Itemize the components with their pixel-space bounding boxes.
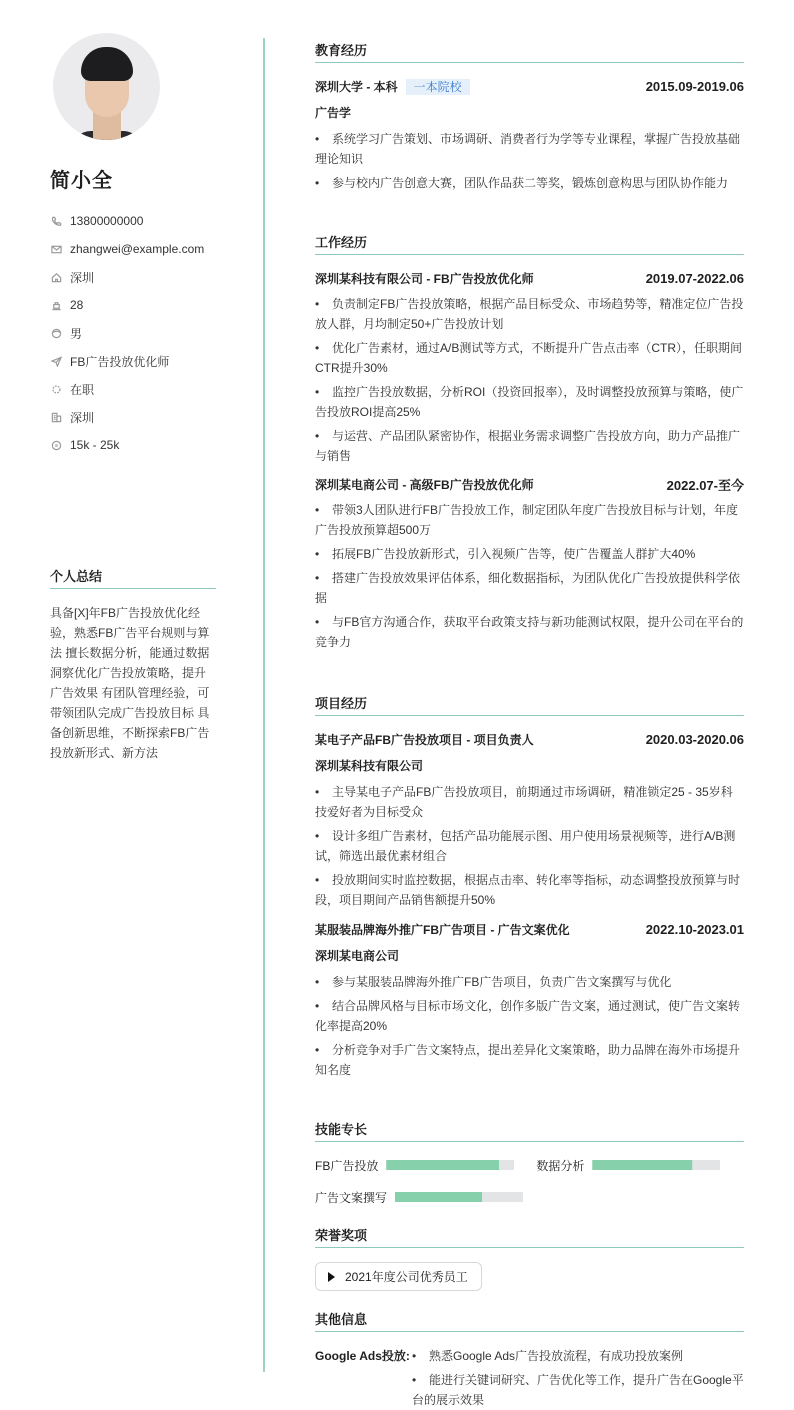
project-item-header: 某服装品牌海外推广FB广告项目 - 广告文案优化 2022.10-2023.01 — [315, 920, 744, 938]
project-title: 某电子产品FB广告投放项目 - 项目负责人 — [315, 731, 534, 748]
list-item: 主导某电子产品FB广告投放项目，前期通过市场调研，精准锁定25 - 35岁科技爱… — [315, 782, 744, 822]
section-title: 项目经历 — [315, 693, 744, 716]
skill-bar — [386, 1160, 514, 1170]
list-item: 与FB官方沟通合作，获取平台政策支持与新功能测试权限，提升公司在平台的竞争力 — [315, 612, 744, 652]
date-range: 2022.07-至今 — [667, 475, 744, 494]
list-item: 搭建广告投放效果评估体系，细化数据指标，为团队优化广告投放提供科学依据 — [315, 568, 744, 608]
list-item: 优化广告素材，通过A/B测试等方式，不断提升广告点击率（CTR），任职期间CTR… — [315, 338, 744, 378]
info-city: 深圳 — [50, 403, 230, 431]
project-company: 深圳某科技有限公司 — [315, 757, 744, 774]
project-title: 某服装品牌海外推广FB广告项目 - 广告文案优化 — [315, 921, 570, 938]
avatar — [53, 33, 160, 140]
list-item: 能进行关键词研究、广告优化等工作，提升广告在Google平台的展示效果 — [412, 1370, 744, 1410]
skill-data-analysis: 数据分析 — [536, 1157, 720, 1174]
other-label: Google Ads投放: — [315, 1346, 418, 1410]
major: 广告学 — [315, 104, 744, 121]
skill-fb-ads: FB广告投放 — [315, 1157, 514, 1174]
list-item: 分析竞争对手广告文案特点，提出差异化文案策略，助力品牌在海外市场提升知名度 — [315, 1040, 744, 1080]
summary-section: 个人总结 具备[X]年FB广告投放优化经验，熟悉FB广告平台规则与算法 擅长数据… — [50, 566, 216, 763]
project-item-header: 某电子产品FB广告投放项目 - 项目负责人 2020.03-2020.06 — [315, 730, 744, 748]
section-title: 教育经历 — [315, 40, 744, 63]
list-item: 参与校内广告创意大赛，团队作品获二等奖，锻炼创意构思与团队协作能力 — [315, 173, 744, 193]
send-icon — [50, 355, 62, 367]
list-item: 与运营、产品团队紧密协作，根据业务需求调整广告投放方向，助力产品推广与销售 — [315, 426, 744, 466]
list-item: 结合品牌风格与目标市场文化，创作多版广告文案，通过测试，使广告文案转化率提高20… — [315, 996, 744, 1036]
skill-copywriting: 广告文案撰写 — [315, 1189, 523, 1206]
skills-section: 技能专长 FB广告投放 数据分析 广告文案撰写 — [315, 1119, 744, 1225]
education-item-header: 深圳大学 - 本科一本院校 2015.09-2019.06 — [315, 77, 744, 95]
info-status: 在职 — [50, 375, 230, 403]
list-item: 投放期间实时监控数据，根据点击率、转化率等指标，动态调整投放预算与时段，项目期间… — [315, 870, 744, 910]
section-title: 其他信息 — [315, 1309, 744, 1332]
list-item: 拓展FB广告投放新形式，引入视频广告等，使广告覆盖人群扩大40% — [315, 544, 744, 564]
job-title: 深圳某电商公司 - 高级FB广告投放优化师 — [315, 476, 534, 493]
work-section: 工作经历 深圳某科技有限公司 - FB广告投放优化师 2019.07-2022.… — [315, 232, 744, 693]
column-divider — [263, 38, 265, 1372]
skill-bar — [592, 1160, 720, 1170]
info-position: FB广告投放优化师 — [50, 347, 230, 375]
age-icon — [50, 299, 62, 311]
list-item: 参与某服装品牌海外推广FB广告项目，负责广告文案撰写与优化 — [315, 972, 744, 992]
home-icon — [50, 271, 62, 283]
projects-section: 项目经历 某电子产品FB广告投放项目 - 项目负责人 2020.03-2020.… — [315, 693, 744, 1119]
play-triangle-icon — [328, 1272, 335, 1282]
date-range: 2020.03-2020.06 — [646, 732, 744, 747]
section-title: 荣誉奖项 — [315, 1225, 744, 1248]
list-item: 负责制定FB广告投放策略，根据产品目标受众、市场趋势等，精准定位广告投放人群，月… — [315, 294, 744, 334]
info-age: 28 — [50, 291, 230, 319]
awards-section: 荣誉奖项 2021年度公司优秀员工 — [315, 1225, 744, 1309]
status-icon — [50, 383, 62, 395]
list-item: 监控广告投放数据，分析ROI（投资回报率），及时调整投放预算与策略，使广告投放R… — [315, 382, 744, 422]
school-name: 深圳大学 - 本科 — [315, 80, 398, 94]
section-title: 工作经历 — [315, 232, 744, 255]
section-title: 个人总结 — [50, 566, 216, 589]
other-section: 其他信息 Google Ads投放: 熟悉Google Ads广告投放流程，有成… — [315, 1309, 744, 1410]
building-icon — [50, 411, 62, 423]
award-item[interactable]: 2021年度公司优秀员工 — [315, 1262, 482, 1291]
list-item: 带领3人团队进行FB广告投放工作，制定团队年度广告投放目标与计划，年度广告投放预… — [315, 500, 744, 540]
contact-info: 13800000000 zhangwei@example.com 深圳 28 男… — [50, 207, 230, 459]
list-item: 设计多组广告素材，包括产品功能展示图、用户使用场景视频等，进行A/B测试，筛选出… — [315, 826, 744, 866]
profile-sidebar: 简小全 13800000000 zhangwei@example.com 深圳 … — [50, 33, 230, 459]
other-item: Google Ads投放: 熟悉Google Ads广告投放流程，有成功投放案例… — [315, 1346, 744, 1410]
school-tag: 一本院校 — [406, 79, 470, 95]
date-range: 2022.10-2023.01 — [646, 922, 744, 937]
info-email: zhangwei@example.com — [50, 235, 230, 263]
work-item-header: 深圳某科技有限公司 - FB广告投放优化师 2019.07-2022.06 — [315, 269, 744, 287]
gender-icon — [50, 327, 62, 339]
mail-icon — [50, 243, 62, 255]
info-salary: 15k - 25k — [50, 431, 230, 459]
project-company: 深圳某电商公司 — [315, 947, 744, 964]
salary-icon — [50, 439, 62, 451]
phone-icon — [50, 215, 62, 227]
date-range: 2015.09-2019.06 — [646, 79, 744, 94]
section-title: 技能专长 — [315, 1119, 744, 1142]
profile-name: 简小全 — [50, 164, 230, 193]
job-title: 深圳某科技有限公司 - FB广告投放优化师 — [315, 270, 534, 287]
info-gender: 男 — [50, 319, 230, 347]
skill-bar — [395, 1192, 523, 1202]
summary-text: 具备[X]年FB广告投放优化经验，熟悉FB广告平台规则与算法 擅长数据分析，能通… — [50, 603, 216, 763]
info-location: 深圳 — [50, 263, 230, 291]
education-section: 教育经历 深圳大学 - 本科一本院校 2015.09-2019.06 广告学 系… — [315, 40, 744, 232]
list-item: 熟悉Google Ads广告投放流程，有成功投放案例 — [412, 1346, 744, 1366]
date-range: 2019.07-2022.06 — [646, 271, 744, 286]
list-item: 系统学习广告策划、市场调研、消费者行为学等专业课程，掌握广告投放基础理论知识 — [315, 129, 744, 169]
main-content: 教育经历 深圳大学 - 本科一本院校 2015.09-2019.06 广告学 系… — [315, 40, 744, 1410]
work-item-header: 深圳某电商公司 - 高级FB广告投放优化师 2022.07-至今 — [315, 475, 744, 493]
info-phone: 13800000000 — [50, 207, 230, 235]
